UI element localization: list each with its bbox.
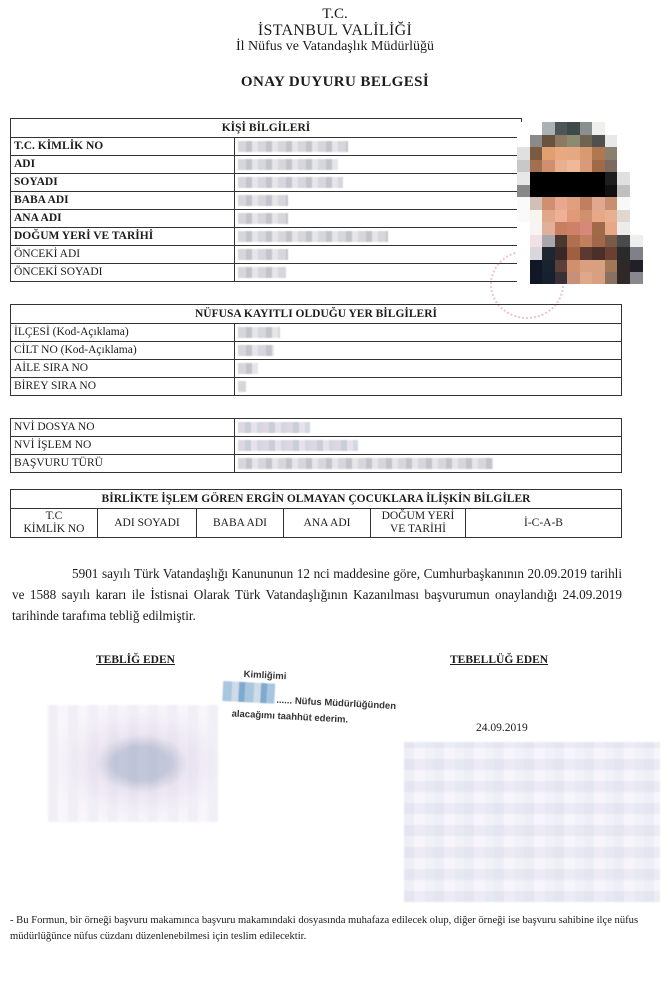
recipient-title: TEBELLÜĞ EDEN bbox=[450, 654, 548, 666]
declaration-paragraph: 5901 sayılı Türk Vatandaşlığı Kanununun … bbox=[12, 563, 622, 626]
redacted-value bbox=[235, 437, 622, 455]
table-row: CİLT NO (Kod-Açıklama) bbox=[11, 342, 622, 360]
section-title-personal: KİŞİ BİLGİLERİ bbox=[11, 119, 522, 138]
table-row: BABA ADI bbox=[11, 192, 522, 210]
redacted-value bbox=[235, 419, 622, 437]
redacted-value bbox=[235, 246, 522, 264]
registry-info-table: NÜFUSA KAYITLI OLDUĞU YER BİLGİLERİ İLÇE… bbox=[10, 304, 622, 396]
redacted-recipient-signature bbox=[404, 742, 660, 902]
table-row: İLÇESİ (Kod-Açıklama) bbox=[11, 324, 622, 342]
column-header: T.CKİMLİK NO bbox=[11, 509, 98, 538]
table-row: BAŞVURU TÜRÜ bbox=[11, 455, 622, 473]
column-header: DOĞUM YERİVE TARİHİ bbox=[371, 509, 466, 538]
table-row: BİREY SIRA NO bbox=[11, 378, 622, 396]
header-governorship: İSTANBUL VALİLİĞİ bbox=[0, 22, 670, 40]
redacted-notifier-signature bbox=[48, 705, 218, 822]
recipient-date: 24.09.2019 bbox=[476, 722, 528, 734]
children-info-table: BİRLİKTE İŞLEM GÖREN ERGİN OLMAYAN ÇOCUK… bbox=[10, 489, 622, 538]
redacted-value bbox=[235, 228, 522, 246]
table-row: ÖNCEKİ ADI bbox=[11, 246, 522, 264]
redacted-value bbox=[235, 378, 622, 396]
column-header: ANA ADI bbox=[284, 509, 371, 538]
table-row: ÖNCEKİ SOYADI bbox=[11, 264, 522, 282]
table-row: ANA ADI bbox=[11, 210, 522, 228]
table-row: ADI bbox=[11, 156, 522, 174]
redacted-value bbox=[235, 324, 622, 342]
table-row: AİLE SIRA NO bbox=[11, 360, 622, 378]
redacted-value bbox=[235, 174, 522, 192]
document-title: ONAY DUYURU BELGESİ bbox=[0, 74, 670, 91]
table-row: SOYADI bbox=[11, 174, 522, 192]
redacted-district bbox=[222, 681, 275, 704]
redacted-value bbox=[235, 156, 522, 174]
header-tc: T.C. bbox=[0, 6, 670, 23]
redacted-value bbox=[235, 342, 622, 360]
redacted-value bbox=[235, 455, 622, 473]
notifier-title: TEBLİĞ EDEN bbox=[96, 654, 175, 666]
redacted-portrait-photo bbox=[517, 122, 643, 284]
redacted-value bbox=[235, 138, 522, 156]
column-header: ADI SOYADI bbox=[98, 509, 197, 538]
table-row: NVİ DOSYA NO bbox=[11, 419, 622, 437]
redacted-value bbox=[235, 360, 622, 378]
column-header: BABA ADI bbox=[197, 509, 284, 538]
column-header: İ-C-A-B bbox=[466, 509, 622, 538]
personal-info-table: KİŞİ BİLGİLERİ T.C. KİMLİK NO ADI SOYADI… bbox=[10, 118, 522, 282]
section-title-children: BİRLİKTE İŞLEM GÖREN ERGİN OLMAYAN ÇOCUK… bbox=[11, 490, 622, 509]
redacted-value bbox=[235, 264, 522, 282]
table-row: NVİ İŞLEM NO bbox=[11, 437, 622, 455]
section-title-registry: NÜFUSA KAYITLI OLDUĞU YER BİLGİLERİ bbox=[11, 305, 622, 324]
header-directorate: İl Nüfus ve Vatandaşlık Müdürlüğü bbox=[0, 39, 670, 55]
table-row: DOĞUM YERİ VE TARİHİ bbox=[11, 228, 522, 246]
table-row: T.C. KİMLİK NO bbox=[11, 138, 522, 156]
footer-note: - Bu Formun, bir örneği başvuru makamınc… bbox=[10, 913, 640, 945]
application-info-table: NVİ DOSYA NO NVİ İŞLEM NO BAŞVURU TÜRÜ bbox=[10, 418, 622, 473]
redacted-value bbox=[235, 210, 522, 228]
redacted-value bbox=[235, 192, 522, 210]
